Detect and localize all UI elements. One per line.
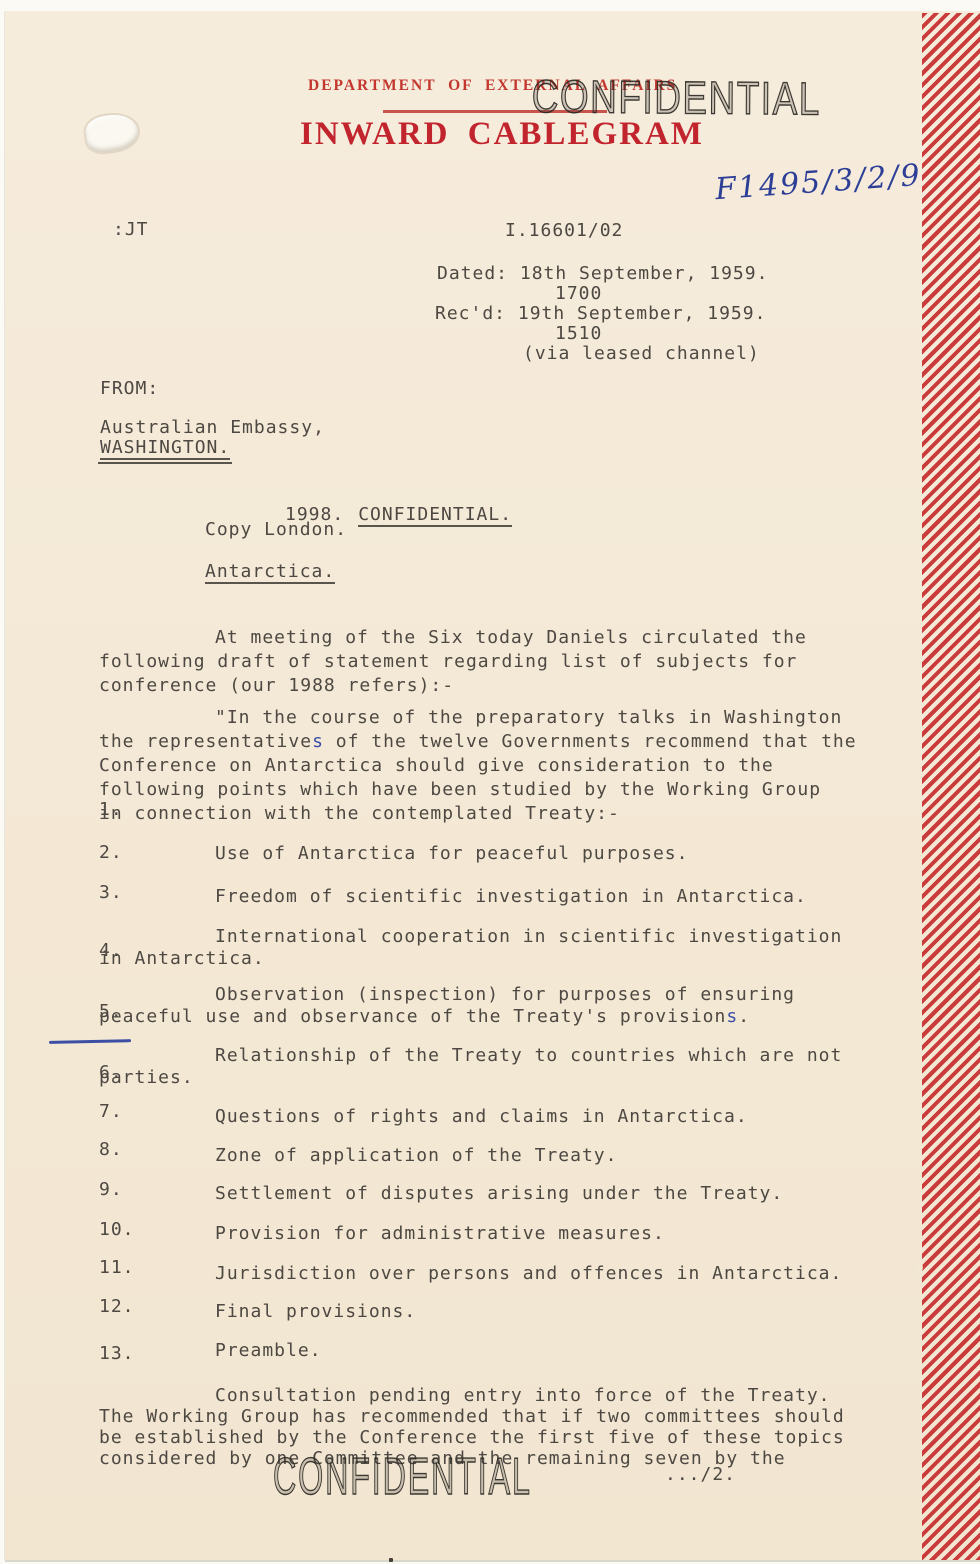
ink-dot: [389, 1558, 393, 1562]
subject-line: Antarctica.: [205, 560, 335, 584]
handwritten-s-insert: s: [312, 731, 324, 752]
list-item-number: 12.: [99, 1296, 135, 1318]
list-item-number: 8.: [99, 1139, 123, 1161]
list-item-number: 11.: [99, 1257, 135, 1279]
dated-line: Dated: 18th September, 1959.: [437, 262, 768, 286]
channel-note: (via leased channel): [523, 342, 760, 366]
list-item-number: 4.: [99, 940, 123, 962]
copy-line: Copy London.: [205, 518, 347, 542]
serial-number: I.16601/02: [505, 219, 623, 243]
sender-city-text: WASHINGTON.: [100, 437, 230, 460]
list-item-number: 3.: [99, 882, 123, 904]
page-reference: .../2.: [665, 1463, 736, 1487]
message-classification: CONFIDENTIAL.: [358, 504, 512, 527]
list-item-number: 13.: [99, 1343, 135, 1364]
document-type-title: INWARD CABLEGRAM: [300, 116, 704, 153]
list-item-number: 7.: [99, 1101, 123, 1123]
paper-sheet: DEPARTMENT OF EXTERNAL AFFAIRS CONFIDENT…: [5, 11, 980, 1560]
confidential-stamp-bottom: CONFIDENTIAL: [273, 1447, 532, 1507]
scanned-cablegram-page: DEPARTMENT OF EXTERNAL AFFAIRS CONFIDENT…: [0, 0, 980, 1564]
list-item-number: 5.: [99, 1001, 123, 1023]
list-item-number: 2.: [99, 842, 123, 864]
list-item-number: 1.: [99, 799, 123, 821]
file-number-annotation: F1495/3/2/9: [714, 158, 923, 207]
subject-text: Antarctica.: [205, 561, 335, 584]
list-item-number: 9.: [99, 1179, 123, 1201]
sender-city: WASHINGTON.: [100, 436, 230, 460]
typist-initials: :JT: [113, 218, 149, 242]
paper-tear: [84, 112, 141, 155]
list-item-number: 6.: [99, 1062, 123, 1084]
list-item-number: 10.: [99, 1219, 135, 1241]
from-label: FROM:: [100, 377, 159, 401]
